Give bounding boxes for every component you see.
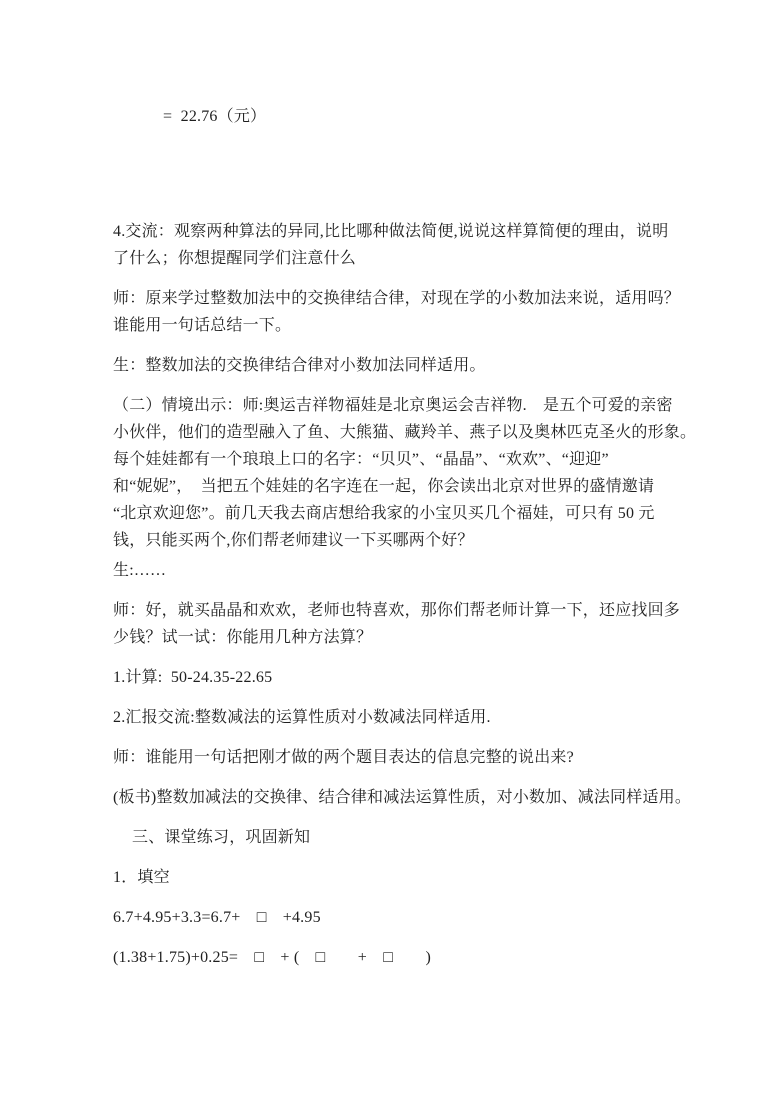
text-line: 谁能用一句话总结一下。	[113, 312, 780, 339]
paragraph-student-dialogue: 生:……	[113, 557, 780, 584]
text-line: 了什么；你想提醒同学们注意什么	[113, 245, 780, 272]
paragraph-exercise-heading: 1．填空	[113, 864, 780, 891]
text-line: 少钱？试一试：你能用几种方法算？	[113, 624, 780, 651]
paragraph-board-writing: (板书)整数加减法的交换律、结合律和减法运算性质，对小数加、减法同样适用。	[113, 784, 780, 811]
document-page: = 22.76（元） 4.交流：观察两种算法的异同,比比哪种做法简便,说说这样算…	[0, 0, 780, 1103]
text-line: 4.交流：观察两种算法的异同,比比哪种做法简便,说说这样算简便的理由，说明	[113, 218, 780, 245]
paragraph-student-dialogue: 生：整数加法的交换律结合律对小数加法同样适用。	[113, 352, 780, 379]
paragraph-teacher-dialogue: 师：好，就买晶晶和欢欢，老师也特喜欢，那你们帮老师计算一下，还应找回多 少钱？试…	[113, 597, 780, 651]
text-line: （二）情境出示：师:奥运吉祥物福娃是北京奥运会吉祥物. 是五个可爱的亲密	[113, 392, 780, 419]
document-content: = 22.76（元） 4.交流：观察两种算法的异同,比比哪种做法简便,说说这样算…	[0, 0, 780, 971]
fill-in-blank-equation: (1.38+1.75)+0.25= □ + ( □ + □ )	[113, 944, 780, 971]
text-line: 小伙伴，他们的造型融入了鱼、大熊猫、藏羚羊、燕子以及奥林匹克圣火的形象。	[113, 419, 780, 446]
text-line: 师：原来学过整数加法中的交换律结合律，对现在学的小数加法来说，适用吗？	[113, 285, 780, 312]
paragraph-step-1-calculation: 1.计算: 50-24.35-22.65	[113, 664, 780, 691]
fill-in-blank-equation: 6.7+4.95+3.3=6.7+ □ +4.95	[113, 904, 780, 931]
paragraph-fill-in-blank-1: 6.7+4.95+3.3=6.7+ □ +4.95	[113, 904, 780, 931]
paragraph-section-heading: 三、课堂练习，巩固新知	[113, 824, 780, 851]
text-line: 1.计算: 50-24.35-22.65	[113, 664, 780, 691]
paragraph-fill-in-blank-2: (1.38+1.75)+0.25= □ + ( □ + □ )	[113, 944, 780, 971]
paragraph-scenario-presentation: （二）情境出示：师:奥运吉祥物福娃是北京奥运会吉祥物. 是五个可爱的亲密 小伙伴…	[113, 392, 780, 554]
paragraph-equation-result: = 22.76（元）	[113, 103, 780, 130]
text-line: 师：谁能用一句话把刚才做的两个题目表达的信息完整的说出来?	[113, 744, 780, 771]
paragraph-step-2-report: 2.汇报交流:整数减法的运算性质对小数减法同样适用.	[113, 704, 780, 731]
text-line: 2.汇报交流:整数减法的运算性质对小数减法同样适用.	[113, 704, 780, 731]
text-line: 生:……	[113, 557, 780, 584]
text-line: (板书)整数加减法的交换律、结合律和减法运算性质，对小数加、减法同样适用。	[113, 784, 780, 811]
text-line: 1．填空	[113, 864, 780, 891]
text-line: 每个娃娃都有一个琅琅上口的名字：“贝贝”、“晶晶”、“欢欢”、“迎迎”	[113, 446, 780, 473]
text-line: = 22.76（元）	[163, 103, 780, 130]
text-line: “北京欢迎您”。前几天我去商店想给我家的小宝贝买几个福娃，可只有 50 元	[113, 500, 780, 527]
text-line: 钱，只能买两个,你们帮老师建议一下买哪两个好？	[113, 527, 780, 554]
text-line: 生：整数加法的交换律结合律对小数加法同样适用。	[113, 352, 780, 379]
text-line: 师：好，就买晶晶和欢欢，老师也特喜欢，那你们帮老师计算一下，还应找回多	[113, 597, 780, 624]
text-line: 和“妮妮”， 当把五个娃娃的名字连在一起，你会读出北京对世界的盛情邀请	[113, 473, 780, 500]
paragraph-teacher-dialogue: 师：原来学过整数加法中的交换律结合律，对现在学的小数加法来说，适用吗？ 谁能用一…	[113, 285, 780, 339]
paragraph-teacher-dialogue: 师：谁能用一句话把刚才做的两个题目表达的信息完整的说出来?	[113, 744, 780, 771]
section-heading-text: 三、课堂练习，巩固新知	[132, 824, 780, 851]
paragraph-step-4-discussion: 4.交流：观察两种算法的异同,比比哪种做法简便,说说这样算简便的理由，说明 了什…	[113, 218, 780, 272]
